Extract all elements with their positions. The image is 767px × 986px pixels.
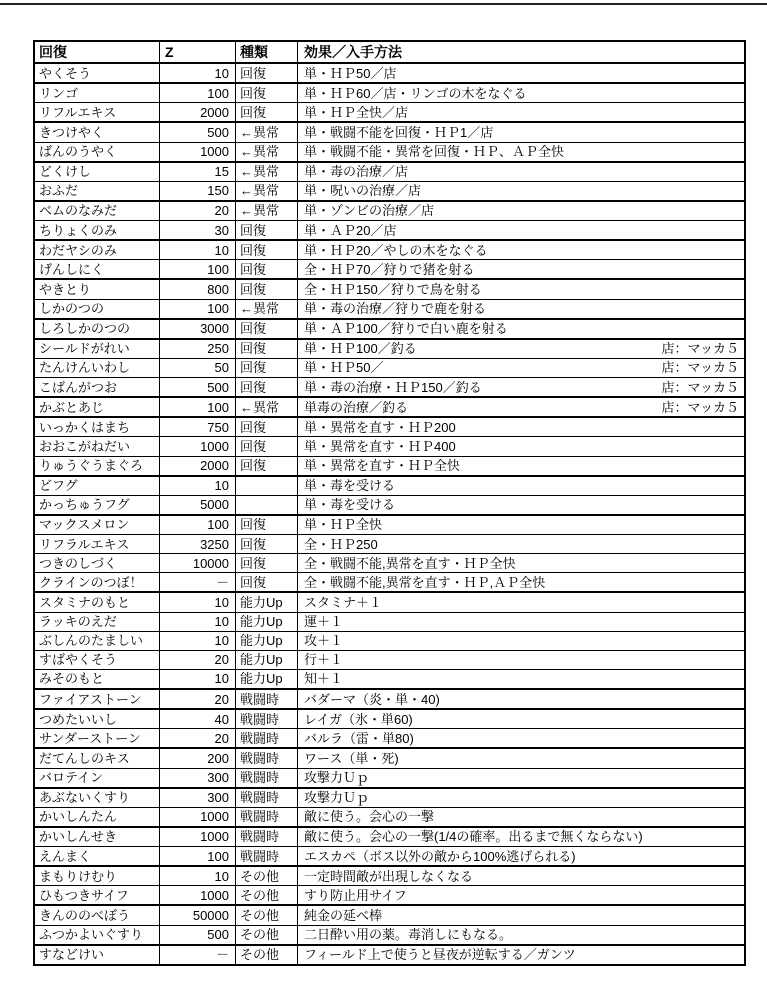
item-price-cell: 10 <box>160 477 236 495</box>
table-row: かいしんたん 1000 戦闘時 敵に使う。会心の一撃 <box>35 808 744 828</box>
item-effect-text: 単・毒の治療／店 <box>304 163 408 180</box>
item-effect-cell: 全・戦闘不能,異常を直す・ＨＰ,ＡＰ全快 <box>298 573 744 591</box>
item-effect-cell: 単・毒を受ける <box>298 496 744 514</box>
item-name-cell: ひもつきサイフ <box>35 886 160 904</box>
item-name-cell: つめたいいし <box>35 710 160 728</box>
item-price-cell: 500 <box>160 378 236 396</box>
item-effect-text: 純金の延べ棒 <box>304 907 382 924</box>
item-price-cell: 300 <box>160 789 236 807</box>
table-row: まもりけむり 10 その他 一定時間敵が出現しなくなる <box>35 867 744 886</box>
item-type-cell: ←異常 <box>236 143 298 161</box>
item-price-cell: 5000 <box>160 496 236 514</box>
item-price-cell: 100 <box>160 300 236 318</box>
item-type-cell: 回復 <box>236 359 298 377</box>
item-type-cell: 回復 <box>236 221 298 239</box>
item-effect-text: 単・ＨＰ50／店 <box>304 65 396 82</box>
item-price-cell: 30 <box>160 221 236 239</box>
item-effect-cell: 二日酔い用の薬。毒消しにもなる。 <box>298 926 744 944</box>
item-effect-text: 攻撃力Ｕｐ <box>304 769 369 786</box>
item-name-cell: えんまく <box>35 847 160 865</box>
item-price-cell: 1000 <box>160 143 236 161</box>
item-type-cell: その他 <box>236 867 298 885</box>
item-effect-cell: 単・ＡＰ20／店 <box>298 221 744 239</box>
item-price-cell: 1000 <box>160 886 236 904</box>
table-row: ファイアストーン 20 戦闘時 バダーマ（炎・単・40) <box>35 690 744 710</box>
item-effect-cell: 単・ＨＰ100／釣る 店：マッカ５ <box>298 340 744 358</box>
item-price-cell: 10 <box>160 670 236 688</box>
item-type-cell <box>236 477 298 495</box>
item-type-cell: 回復 <box>236 320 298 338</box>
item-name-cell: かっちゅうフグ <box>35 496 160 514</box>
table-row: やくそう 10 回復 単・ＨＰ50／店 <box>35 64 744 84</box>
item-price-cell: 2000 <box>160 103 236 121</box>
item-effect-text: レイガ（氷・単60) <box>304 711 413 728</box>
item-effect-text: 単・ＨＰ20／やしの木をなぐる <box>304 242 487 259</box>
item-name-cell: げんしにく <box>35 260 160 278</box>
item-name-cell: いっかくはまち <box>35 418 160 436</box>
item-effect-cell: 純金の延べ棒 <box>298 906 744 924</box>
item-type-cell <box>236 496 298 514</box>
item-effect-text: ワース（単・死) <box>304 750 399 767</box>
item-type-cell: 回復 <box>236 437 298 455</box>
item-effect-text: 単・ＨＰ50／ <box>304 359 383 376</box>
item-type-cell: 戦闘時 <box>236 690 298 708</box>
table-row: リフラルエキス 3250 回復 全・ＨＰ250 <box>35 535 744 554</box>
item-price-cell: 500 <box>160 926 236 944</box>
item-name-cell: すばやくそう <box>35 651 160 669</box>
table-row: げんしにく 100 回復 全・ＨＰ70／狩りで猪を射る <box>35 260 744 280</box>
table-row: どくけし 15 ←異常 単・毒の治療／店 <box>35 163 744 182</box>
item-price-cell: 100 <box>160 84 236 102</box>
item-effect-cell: フィールド上で使うと昼夜が逆転する／ガンツ <box>298 946 744 964</box>
table-row: きんののべぼう 50000 その他 純金の延べ棒 <box>35 906 744 925</box>
item-price-cell: 1000 <box>160 828 236 846</box>
table-row: ちりょくのみ 30 回復 単・ＡＰ20／店 <box>35 221 744 241</box>
item-effect-text: 単・毒を受ける <box>304 496 395 513</box>
item-price-cell: 10 <box>160 867 236 885</box>
item-type-cell: その他 <box>236 886 298 904</box>
table-row: すばやくそう 20 能力Up 行＋１ <box>35 651 744 670</box>
item-price-cell: 1000 <box>160 808 236 826</box>
header-price: Z <box>160 42 236 62</box>
table-row: たんけんいわし 50 回復 単・ＨＰ50／ 店：マッカ５ <box>35 359 744 378</box>
item-name-cell: クラインのつぼ！ <box>35 573 160 591</box>
item-effect-text: 単・異常を直す・ＨＰ200 <box>304 419 456 436</box>
table-row: ベムのなみだ 20 ←異常 単・ゾンビの治療／店 <box>35 202 744 221</box>
item-effect-text: バダーマ（炎・単・40) <box>304 691 440 708</box>
item-effect-cell: 運＋１ <box>298 613 744 631</box>
item-price-cell: 200 <box>160 749 236 767</box>
item-name-cell: ふつかよいぐすり <box>35 926 160 944</box>
item-effect-text: 単・ＡＰ20／店 <box>304 222 396 239</box>
item-effect-text: 単・毒の治療・ＨＰ150／釣る <box>304 379 482 396</box>
item-price-cell: 3250 <box>160 535 236 553</box>
item-effect-text: 行＋１ <box>304 651 343 668</box>
item-shop-note: 店：マッカ５ <box>662 379 739 396</box>
item-price-cell: 50 <box>160 359 236 377</box>
item-type-cell: 回復 <box>236 84 298 102</box>
table-row: つめたいいし 40 戦闘時 レイガ（氷・単60) <box>35 710 744 729</box>
item-effect-cell: 単・呪いの治療／店 <box>298 182 744 200</box>
page: 回復 Z 種類 効果／入手方法 やくそう 10 回復 単・ＨＰ50／店 リンゴ … <box>0 0 767 986</box>
item-effect-cell: 単・異常を直す・ＨＰ200 <box>298 418 744 436</box>
item-type-cell: その他 <box>236 906 298 924</box>
item-name-cell: ちりょくのみ <box>35 221 160 239</box>
item-name-cell: あぶないくすり <box>35 789 160 807</box>
item-type-cell: 回復 <box>236 378 298 396</box>
item-name-cell: かいしんたん <box>35 808 160 826</box>
item-name-cell: バロテイン <box>35 769 160 787</box>
item-effect-cell: レイガ（氷・単60) <box>298 710 744 728</box>
table-row: つきのしづく 10000 回復 全・戦闘不能,異常を直す・ＨＰ全快 <box>35 554 744 573</box>
item-price-cell: 250 <box>160 340 236 358</box>
item-shop-note: 店：マッカ５ <box>662 399 739 416</box>
table-row: こばんがつお 500 回復 単・毒の治療・ＨＰ150／釣る 店：マッカ５ <box>35 378 744 398</box>
item-effect-cell: 単毒の治療／釣る 店：マッカ５ <box>298 398 744 416</box>
item-type-cell: 戦闘時 <box>236 808 298 826</box>
item-name-cell: マックスメロン <box>35 516 160 534</box>
item-type-cell: その他 <box>236 926 298 944</box>
item-effect-text: 単・ＡＰ100／狩りで白い鹿を射る <box>304 320 508 337</box>
table-row: かいしんせき 1000 戦闘時 敵に使う。会心の一撃(1/4の確率。出るまで無く… <box>35 828 744 847</box>
item-name-cell: きんののべぼう <box>35 906 160 924</box>
item-effect-text: 単・毒の治療／狩りで鹿を射る <box>304 300 486 317</box>
item-effect-cell: バルラ（雷・単80) <box>298 729 744 747</box>
item-effect-cell: 単・ＨＰ60／店・リンゴの木をなぐる <box>298 84 744 102</box>
item-effect-cell: 攻＋１ <box>298 632 744 650</box>
item-price-cell: － <box>160 946 236 964</box>
item-name-cell: おおこがねだい <box>35 437 160 455</box>
item-effect-text: 攻撃力Ｕｐ <box>304 789 369 806</box>
table-row: おふだ 150 ←異常 単・呪いの治療／店 <box>35 182 744 202</box>
table-row: だてんしのキス 200 戦闘時 ワース（単・死) <box>35 749 744 768</box>
table-row: スタミナのもと 10 能力Up スタミナ＋１ <box>35 593 744 612</box>
item-effect-text: すり防止用サイフ <box>304 887 407 904</box>
item-effect-cell: 一定時間敵が出現しなくなる <box>298 867 744 885</box>
item-type-cell: 回復 <box>236 280 298 298</box>
item-effect-cell: 単・ＡＰ100／狩りで白い鹿を射る <box>298 320 744 338</box>
item-name-cell: やきとり <box>35 280 160 298</box>
item-effect-text: 全・ＨＰ70／狩りで猪を射る <box>304 261 474 278</box>
item-effect-text: 単・ゾンビの治療／店 <box>304 202 434 219</box>
table-row: ぶしんのたましい 10 能力Up 攻＋１ <box>35 632 744 651</box>
item-type-cell: 回復 <box>236 418 298 436</box>
item-type-cell: 戦闘時 <box>236 828 298 846</box>
item-name-cell: シールドがれい <box>35 340 160 358</box>
item-effect-text: 単・ＨＰ60／店・リンゴの木をなぐる <box>304 85 526 102</box>
item-name-cell: リフラルエキス <box>35 535 160 553</box>
table-row: ラッキのえだ 10 能力Up 運＋１ <box>35 613 744 632</box>
item-effect-text: バルラ（雷・単80) <box>304 730 414 747</box>
item-price-cell: 2000 <box>160 457 236 475</box>
item-name-cell: ベムのなみだ <box>35 202 160 220</box>
item-effect-cell: 全・戦闘不能,異常を直す・ＨＰ全快 <box>298 554 744 572</box>
item-price-cell: 1000 <box>160 437 236 455</box>
item-effect-cell: 知＋１ <box>298 670 744 688</box>
table-row: やきとり 800 回復 全・ＨＰ150／狩りで鳥を射る <box>35 280 744 299</box>
item-name-cell: おふだ <box>35 182 160 200</box>
item-effect-cell: 単・ＨＰ20／やしの木をなぐる <box>298 241 744 259</box>
table-row: リフルエキス 2000 回復 単・ＨＰ全快／店 <box>35 103 744 123</box>
item-name-cell: ぶしんのたましい <box>35 632 160 650</box>
item-type-cell: 戦闘時 <box>236 749 298 767</box>
table-row: サンダーストーン 20 戦闘時 バルラ（雷・単80) <box>35 729 744 749</box>
item-effect-text: 全・ＨＰ250 <box>304 536 378 553</box>
item-effect-cell: 単・毒の治療・ＨＰ150／釣る 店：マッカ５ <box>298 378 744 396</box>
item-type-cell: ←異常 <box>236 123 298 141</box>
item-price-cell: 750 <box>160 418 236 436</box>
item-name-cell: まもりけむり <box>35 867 160 885</box>
table-row: いっかくはまち 750 回復 単・異常を直す・ＨＰ200 <box>35 418 744 437</box>
table-row: ひもつきサイフ 1000 その他 すり防止用サイフ <box>35 886 744 906</box>
item-name-cell: かいしんせき <box>35 828 160 846</box>
item-type-cell: 回復 <box>236 64 298 82</box>
item-effect-cell: スタミナ＋１ <box>298 593 744 611</box>
header-effect: 効果／入手方法 <box>298 42 744 62</box>
item-effect-text: 攻＋１ <box>304 632 343 649</box>
item-effect-cell: 単・戦闘不能を回復・ＨＰ1／店 <box>298 123 744 141</box>
item-name-cell: かぶとあじ <box>35 398 160 416</box>
item-effect-cell: 単・ＨＰ50／ 店：マッカ５ <box>298 359 744 377</box>
item-price-cell: 20 <box>160 729 236 747</box>
item-price-cell: 100 <box>160 260 236 278</box>
item-name-cell: わだヤシのみ <box>35 241 160 259</box>
item-name-cell: どフグ <box>35 477 160 495</box>
item-name-cell: しかのつの <box>35 300 160 318</box>
table-row: きつけやく 500 ←異常 単・戦闘不能を回復・ＨＰ1／店 <box>35 123 744 142</box>
item-name-cell: やくそう <box>35 64 160 82</box>
table-row: マックスメロン 100 回復 単・ＨＰ全快 <box>35 516 744 535</box>
item-type-cell: 回復 <box>236 573 298 591</box>
top-divider <box>0 3 767 5</box>
item-effect-cell: バダーマ（炎・単・40) <box>298 690 744 708</box>
table-row: バロテイン 300 戦闘時 攻撃力Ｕｐ <box>35 769 744 789</box>
item-price-cell: － <box>160 573 236 591</box>
item-price-cell: 300 <box>160 769 236 787</box>
item-name-cell: リフルエキス <box>35 103 160 121</box>
item-price-cell: 10 <box>160 241 236 259</box>
item-effect-text: 敵に使う。会心の一撃(1/4の確率。出るまで無くならない) <box>304 828 643 845</box>
item-name-cell: たんけんいわし <box>35 359 160 377</box>
item-effect-text: フィールド上で使うと昼夜が逆転する／ガンツ <box>304 946 576 963</box>
item-type-cell: 回復 <box>236 516 298 534</box>
item-price-cell: 150 <box>160 182 236 200</box>
item-effect-cell: 攻撃力Ｕｐ <box>298 769 744 787</box>
item-name-cell: ファイアストーン <box>35 690 160 708</box>
item-type-cell: 能力Up <box>236 651 298 669</box>
item-effect-cell: 単・ＨＰ全快／店 <box>298 103 744 121</box>
item-name-cell: ばんのうやく <box>35 143 160 161</box>
item-type-cell: 能力Up <box>236 632 298 650</box>
item-effect-cell: 単・毒の治療／狩りで鹿を射る <box>298 300 744 318</box>
table-row: おおこがねだい 1000 回復 単・異常を直す・ＨＰ400 <box>35 437 744 456</box>
item-effect-cell: 単・ＨＰ全快 <box>298 516 744 534</box>
item-effect-cell: 行＋１ <box>298 651 744 669</box>
header-type: 種類 <box>236 42 298 62</box>
item-price-cell: 100 <box>160 516 236 534</box>
item-price-cell: 10 <box>160 64 236 82</box>
item-type-cell: ←異常 <box>236 300 298 318</box>
item-effect-text: 二日酔い用の薬。毒消しにもなる。 <box>304 926 512 943</box>
item-shop-note: 店：マッカ５ <box>662 359 739 376</box>
item-effect-text: 単・毒を受ける <box>304 477 395 494</box>
item-effect-text: 単・ＨＰ全快／店 <box>304 104 408 121</box>
item-type-cell: 戦闘時 <box>236 789 298 807</box>
item-type-cell: ←異常 <box>236 398 298 416</box>
item-type-cell: 能力Up <box>236 593 298 611</box>
item-name-cell: しろしかのつの <box>35 320 160 338</box>
table-row: かっちゅうフグ 5000 単・毒を受ける <box>35 496 744 516</box>
item-price-cell: 10 <box>160 593 236 611</box>
table-row: どフグ 10 単・毒を受ける <box>35 477 744 496</box>
item-name-cell: みそのもと <box>35 670 160 688</box>
item-effect-text: 単・戦闘不能を回復・ＨＰ1／店 <box>304 124 493 141</box>
item-name-cell: リンゴ <box>35 84 160 102</box>
item-effect-text: 単・異常を直す・ＨＰ400 <box>304 438 456 455</box>
item-effect-cell: 全・ＨＰ250 <box>298 535 744 553</box>
item-type-cell: ←異常 <box>236 182 298 200</box>
item-price-cell: 500 <box>160 123 236 141</box>
item-price-cell: 10 <box>160 632 236 650</box>
item-price-cell: 20 <box>160 202 236 220</box>
table-row: ばんのうやく 1000 ←異常 単・戦闘不能・異常を回復・ＨＰ、ＡＰ全快 <box>35 143 744 163</box>
table-row: しかのつの 100 ←異常 単・毒の治療／狩りで鹿を射る <box>35 300 744 320</box>
item-type-cell: 戦闘時 <box>236 710 298 728</box>
item-type-cell: 回復 <box>236 554 298 572</box>
item-effect-text: 一定時間敵が出現しなくなる <box>304 868 473 885</box>
item-effect-cell: 単・毒の治療／店 <box>298 163 744 181</box>
item-effect-cell: 単・戦闘不能・異常を回復・ＨＰ、ＡＰ全快 <box>298 143 744 161</box>
item-effect-text: スタミナ＋１ <box>304 594 382 611</box>
item-type-cell: 戦闘時 <box>236 847 298 865</box>
item-price-cell: 40 <box>160 710 236 728</box>
item-effect-text: 単・ＨＰ100／釣る <box>304 340 417 357</box>
item-effect-cell: すり防止用サイフ <box>298 886 744 904</box>
item-name-cell: りゅうぐうまぐろ <box>35 457 160 475</box>
item-type-cell: ←異常 <box>236 163 298 181</box>
item-price-cell: 20 <box>160 690 236 708</box>
table-row: あぶないくすり 300 戦闘時 攻撃力Ｕｐ <box>35 789 744 808</box>
item-effect-cell: 単・ゾンビの治療／店 <box>298 202 744 220</box>
item-table: 回復 Z 種類 効果／入手方法 やくそう 10 回復 単・ＨＰ50／店 リンゴ … <box>33 40 746 966</box>
item-effect-text: エスカペ（ボス以外の敵から100%逃げられる) <box>304 848 576 865</box>
item-effect-cell: 敵に使う。会心の一撃(1/4の確率。出るまで無くならない) <box>298 828 744 846</box>
item-price-cell: 15 <box>160 163 236 181</box>
item-effect-cell: 単・異常を直す・ＨＰ400 <box>298 437 744 455</box>
item-price-cell: 100 <box>160 847 236 865</box>
item-effect-cell: 全・ＨＰ70／狩りで猪を射る <box>298 260 744 278</box>
item-shop-note: 店：マッカ５ <box>662 340 739 357</box>
table-row: わだヤシのみ 10 回復 単・ＨＰ20／やしの木をなぐる <box>35 241 744 260</box>
item-name-cell: つきのしづく <box>35 554 160 572</box>
item-type-cell: 能力Up <box>236 670 298 688</box>
item-effect-cell: ワース（単・死) <box>298 749 744 767</box>
item-effect-text: 単・戦闘不能・異常を回復・ＨＰ、ＡＰ全快 <box>304 143 564 160</box>
item-price-cell: 10 <box>160 613 236 631</box>
item-price-cell: 10000 <box>160 554 236 572</box>
item-name-cell: スタミナのもと <box>35 593 160 611</box>
item-effect-text: 単・呪いの治療／店 <box>304 182 421 199</box>
item-effect-text: 単・異常を直す・ＨＰ全快 <box>304 457 460 474</box>
item-name-cell: きつけやく <box>35 123 160 141</box>
table-row: みそのもと 10 能力Up 知＋１ <box>35 670 744 690</box>
item-name-cell: サンダーストーン <box>35 729 160 747</box>
item-effect-text: 単毒の治療／釣る <box>304 399 408 416</box>
item-type-cell: 回復 <box>236 241 298 259</box>
item-type-cell: 能力Up <box>236 613 298 631</box>
item-effect-cell: 単・異常を直す・ＨＰ全快 <box>298 457 744 475</box>
item-price-cell: 800 <box>160 280 236 298</box>
table-row: かぶとあじ 100 ←異常 単毒の治療／釣る 店：マッカ５ <box>35 398 744 418</box>
item-type-cell: 回復 <box>236 535 298 553</box>
item-effect-cell: 敵に使う。会心の一撃 <box>298 808 744 826</box>
item-type-cell: その他 <box>236 946 298 964</box>
table-row: すなどけい － その他 フィールド上で使うと昼夜が逆転する／ガンツ <box>35 946 744 964</box>
item-name-cell: だてんしのキス <box>35 749 160 767</box>
item-type-cell: 回復 <box>236 260 298 278</box>
item-effect-text: 全・ＨＰ150／狩りで鳥を射る <box>304 281 482 298</box>
table-row: りゅうぐうまぐろ 2000 回復 単・異常を直す・ＨＰ全快 <box>35 457 744 477</box>
item-effect-text: 運＋１ <box>304 613 343 630</box>
item-type-cell: 回復 <box>236 103 298 121</box>
item-type-cell: 戦闘時 <box>236 769 298 787</box>
item-name-cell: すなどけい <box>35 946 160 964</box>
item-effect-text: 全・戦闘不能,異常を直す・ＨＰ全快 <box>304 555 516 572</box>
table-row: シールドがれい 250 回復 単・ＨＰ100／釣る 店：マッカ５ <box>35 340 744 359</box>
item-effect-text: 敵に使う。会心の一撃 <box>304 808 434 825</box>
item-price-cell: 3000 <box>160 320 236 338</box>
item-type-cell: 回復 <box>236 340 298 358</box>
item-effect-cell: 単・ＨＰ50／店 <box>298 64 744 82</box>
table-row: ふつかよいぐすり 500 その他 二日酔い用の薬。毒消しにもなる。 <box>35 926 744 946</box>
item-price-cell: 100 <box>160 398 236 416</box>
table-row: えんまく 100 戦闘時 エスカペ（ボス以外の敵から100%逃げられる) <box>35 847 744 867</box>
item-name-cell: ラッキのえだ <box>35 613 160 631</box>
item-price-cell: 50000 <box>160 906 236 924</box>
item-effect-cell: エスカペ（ボス以外の敵から100%逃げられる) <box>298 847 744 865</box>
item-type-cell: 回復 <box>236 457 298 475</box>
item-effect-cell: 全・ＨＰ150／狩りで鳥を射る <box>298 280 744 298</box>
table-header-row: 回復 Z 種類 効果／入手方法 <box>35 42 744 64</box>
table-row: リンゴ 100 回復 単・ＨＰ60／店・リンゴの木をなぐる <box>35 84 744 103</box>
table-row: クラインのつぼ！ － 回復 全・戦闘不能,異常を直す・ＨＰ,ＡＰ全快 <box>35 573 744 593</box>
item-type-cell: 戦闘時 <box>236 729 298 747</box>
item-effect-cell: 攻撃力Ｕｐ <box>298 789 744 807</box>
item-effect-text: 知＋１ <box>304 670 343 687</box>
item-price-cell: 20 <box>160 651 236 669</box>
item-effect-cell: 単・毒を受ける <box>298 477 744 495</box>
header-name: 回復 <box>35 42 160 62</box>
item-effect-text: 単・ＨＰ全快 <box>304 516 382 533</box>
item-name-cell: どくけし <box>35 163 160 181</box>
item-effect-text: 全・戦闘不能,異常を直す・ＨＰ,ＡＰ全快 <box>304 574 545 591</box>
item-name-cell: こばんがつお <box>35 378 160 396</box>
item-type-cell: ←異常 <box>236 202 298 220</box>
table-row: しろしかのつの 3000 回復 単・ＡＰ100／狩りで白い鹿を射る <box>35 320 744 340</box>
